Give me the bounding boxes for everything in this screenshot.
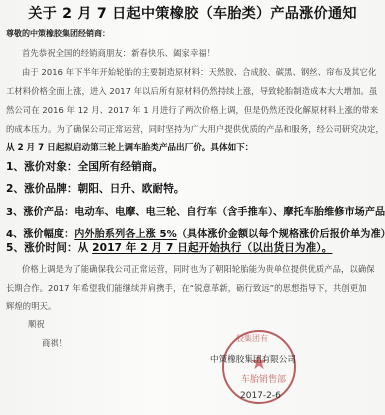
item-3-value: 电动车、电摩、电三轮、自行车（含手推车）、摩托车胎维修市场产品。	[74, 207, 385, 218]
regards: 顺祝	[28, 318, 45, 330]
body-line-1: 由于 2016 年下半年开始轮胎的主要制造原材料：天然胶、合成胶、碳黑、钢丝、帘…	[22, 66, 385, 78]
signature-date: 2017-2-6	[240, 391, 281, 401]
greeting: 首先恭祝全国的经销商朋友：新春快乐、阖家幸福！	[22, 47, 385, 59]
salutation: 尊敬的中策橡胶集团经销商：	[6, 28, 110, 39]
closing-line-3: 辉煌的明天。	[6, 300, 378, 312]
body-line-2: 工材料价格全面上涨，进入 2017 年以后所有原材料仍然持续上涨，导致轮胎制造成…	[6, 85, 378, 97]
item-3-label: 3、涨价产品：	[6, 207, 74, 218]
item-5-row: 5、涨价时间：从 2017 年 2 月 7 日起开始执行（以出货日为准）。	[6, 240, 332, 255]
item-1-label: 1、涨价对象：	[6, 161, 78, 173]
item-4-label: 4、涨价幅度：	[6, 229, 74, 240]
item-4-value: 内外胎系列各上涨 5%	[74, 229, 177, 240]
item-2-label: 2、涨价品牌：	[6, 183, 78, 195]
item-2-value: 朝阳、日升、欧耐特。	[78, 183, 185, 195]
closing-line-2: 长期合作。2017 年希望我们能继续并肩携手，在“锐意革新，砺行致远”的思想指导…	[6, 282, 378, 294]
item-3: 3、涨价产品：电动车、电摩、电三轮、自行车（含手推车）、摩托车胎维修市场产品。	[6, 203, 385, 218]
item-5-label: 5、涨价时间：	[6, 242, 78, 254]
closing-line-1: 价格上调是为了能确保我公司正常运营，同时也为了朝阳轮胎能为贵单位提供优质产品，以…	[22, 263, 385, 275]
signature-company: 中策橡胶集团有限公司	[210, 353, 296, 365]
document-title: 关于 2 月 7 日起中策橡胶（车胎类）产品涨价通知	[0, 3, 385, 23]
item-5-prefix: 从	[78, 242, 92, 254]
notice-document: 关于 2 月 7 日起中策橡胶（车胎类）产品涨价通知 尊敬的中策橡胶集团经销商：…	[0, 0, 385, 415]
announcement-line: 从 2 月 7 日起拟启动第三轮上调车胎类产品出厂价。具体如下：	[6, 141, 253, 153]
seal-department: 车胎销售部	[241, 372, 286, 385]
body-line-4: 的成本压力。为了确保公司正常运营，同时坚持为广大用户提供优质的产品和服务，经公司…	[6, 123, 378, 135]
item-2: 2、涨价品牌：朝阳、日升、欧耐特。	[6, 181, 185, 196]
body-line-3: 然公司在 2016 年 12 月、2017 年 1 月进行了两次价格上调，但是仍…	[6, 104, 378, 116]
item-4-note: （具体涨价金额以每个规格涨价后报价单为准）。	[177, 229, 385, 240]
item-5-date: 2017 年 2 月 7 日起开始执行（以出货日为准）。	[92, 242, 332, 254]
item-1-value: 全国所有经销商。	[78, 161, 164, 173]
seal-top-text: 胶集团有	[236, 333, 268, 344]
business-wish: 商祺！	[42, 337, 67, 349]
item-4: 4、涨价幅度：内外胎系列各上涨 5%（具体涨价金额以每个规格涨价后报价单为准）。	[6, 225, 385, 240]
item-1: 1、涨价对象：全国所有经销商。	[6, 159, 163, 174]
